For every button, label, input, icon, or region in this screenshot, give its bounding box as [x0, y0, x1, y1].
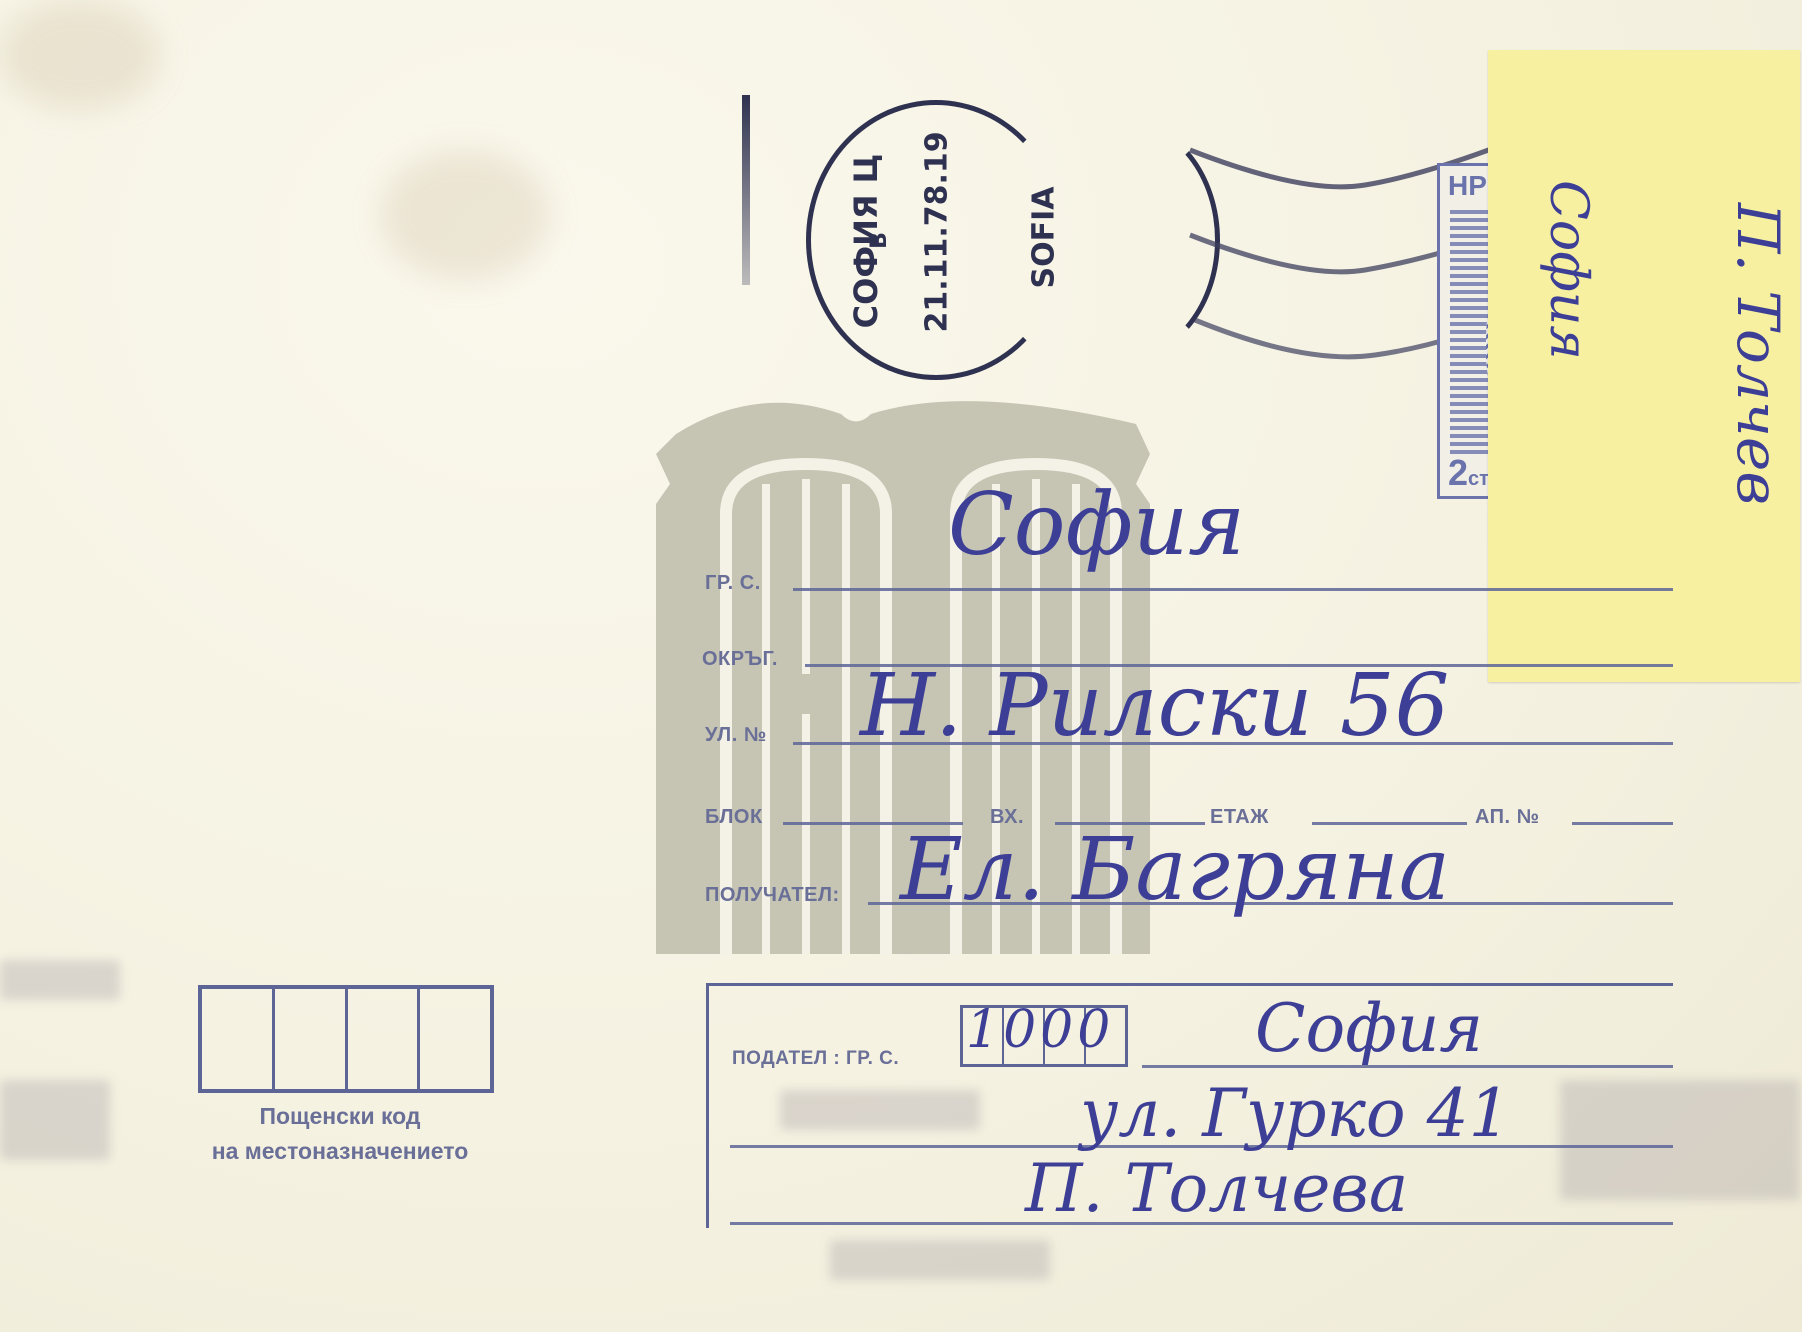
paper-stain [0, 0, 160, 110]
label-block: БЛОК [705, 806, 763, 829]
ink-smudge [780, 1090, 980, 1130]
sender-name: П. Толчева [1025, 1150, 1408, 1227]
postal-code-cell[interactable] [348, 989, 421, 1089]
value-street: Н. Рилски 56 [860, 656, 1449, 756]
stamp-value-number: 2 [1448, 452, 1468, 493]
postmark: СОФИЯ Ц В 21.11.78.19 SOFIA [806, 100, 1106, 390]
line-apartment [1572, 822, 1673, 825]
ink-smudge [0, 1080, 110, 1160]
sticky-note-line-2: София [1538, 160, 1598, 380]
sender-postal-code: 1000 [966, 1000, 1114, 1060]
label-district: ОКРЪГ. [702, 648, 778, 671]
sender-code-grid [826, 1005, 912, 1061]
value-recipient: Ел. Багряна [900, 820, 1450, 920]
postal-code-caption-1: Пощенски код [170, 1103, 510, 1130]
value-city: София [948, 475, 1245, 575]
postal-code-cell[interactable] [275, 989, 348, 1089]
postal-code-cell[interactable] [420, 989, 490, 1089]
postal-code-grid [198, 985, 494, 1093]
postal-code-cell[interactable] [202, 989, 275, 1089]
ink-smudge [0, 960, 120, 1000]
postmark-city-latin: SOFIA [1027, 178, 1062, 298]
stamp-value: 2ст [1448, 452, 1489, 494]
label-city: ГР. С. [705, 572, 761, 595]
ink-smudge [830, 1240, 1050, 1280]
sender-city: София [1255, 990, 1483, 1067]
sender-frame [706, 983, 1673, 986]
envelope: СОФИЯ Ц В 21.11.78.19 SOFIA НР 2ст П. То… [0, 0, 1802, 1332]
label-recipient: ПОЛУЧАТЕЛ: [705, 884, 840, 907]
stamp-value-unit: ст [1468, 468, 1489, 490]
postmark-date: 21.11.78.19 [920, 143, 955, 333]
line-city [793, 588, 1673, 591]
sticky-note-line-1: П. Толчев [1724, 144, 1792, 564]
postmark-letter: В [867, 232, 892, 249]
label-street: УЛ. № [705, 724, 767, 747]
sender-frame-left [706, 983, 709, 1228]
sender-street: ул. Гурко 41 [1080, 1075, 1511, 1152]
label-apartment: АП. № [1475, 806, 1539, 829]
stamp-country: НР [1448, 170, 1487, 202]
paper-stain [380, 150, 550, 280]
postal-code-caption-2: на местоназначението [150, 1138, 530, 1165]
postmark-edge-mark [742, 95, 750, 285]
ink-smudge [1560, 1080, 1800, 1200]
